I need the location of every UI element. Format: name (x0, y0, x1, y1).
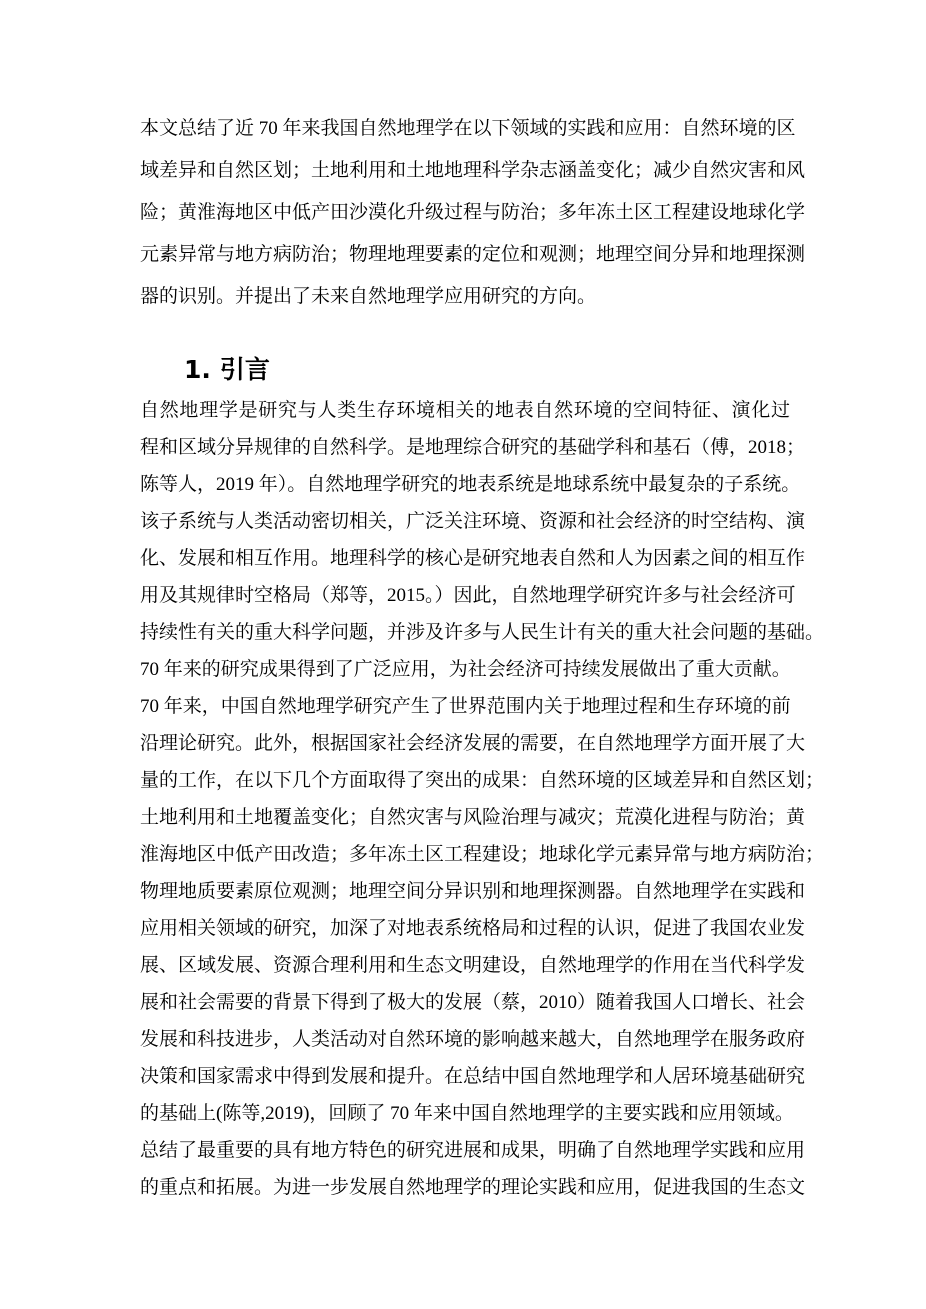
text-line: 程和区域分异规律的自然科学。是地理综合研究的基础学科和基石（傅，2018； (140, 429, 790, 466)
text-line: 沿理论研究。此外，根据国家社会经济发展的需要，在自然地理学方面开展了大 (140, 725, 790, 762)
page-content: 本文总结了近 70 年来我国自然地理学在以下领域的实践和应用：自然环境的区域差异… (0, 0, 926, 1206)
text-line: 该子系统与人类活动密切相关，广泛关注环境、资源和社会经济的时空结构、演 (140, 503, 790, 540)
text-line: 陈等人，2019 年）。自然地理学研究的地表系统是地球系统中最复杂的子系统。 (140, 466, 790, 503)
text-line: 展和社会需要的背景下得到了极大的发展（蔡，2010）随着我国人口增长、社会 (140, 984, 790, 1021)
text-line: 持续性有关的重大科学问题，并涉及许多与人民生计有关的重大社会问题的基础。 (140, 614, 790, 651)
text-line: 总结了最重要的具有地方特色的研究进展和成果，明确了自然地理学实践和应用 (140, 1132, 790, 1169)
text-line: 物理地质要素原位观测；地理空间分异识别和地理探测器。自然地理学在实践和 (140, 873, 790, 910)
text-line: 70 年来的研究成果得到了广泛应用，为社会经济可持续发展做出了重大贡献。 (140, 651, 790, 688)
text-line: 险；黄淮海地区中低产田沙漠化升级过程与防治；多年冻土区工程建设地球化学 (140, 192, 790, 234)
section-title: 引言 (220, 355, 270, 384)
text-line: 决策和国家需求中得到发展和提升。在总结中国自然地理学和人居环境基础研究 (140, 1058, 790, 1095)
text-line: 器的识别。并提出了未来自然地理学应用研究的方向。 (140, 276, 790, 318)
text-line: 土地利用和土地覆盖变化；自然灾害与风险治理与减灾；荒漠化进程与防治；黄 (140, 799, 790, 836)
section-number: 1. (184, 355, 211, 384)
text-line: 70 年来，中国自然地理学研究产生了世界范围内关于地理过程和生存环境的前 (140, 688, 790, 725)
text-line: 展、区域发展、资源合理利用和生态文明建设，自然地理学的作用在当代科学发 (140, 947, 790, 984)
text-line: 自然地理学是研究与人类生存环境相关的地表自然环境的空间特征、演化过 (140, 392, 790, 429)
text-line: 的重点和拓展。为进一步发展自然地理学的理论实践和应用，促进我国的生态文 (140, 1169, 790, 1206)
text-line: 淮海地区中低产田改造；多年冻土区工程建设；地球化学元素异常与地方病防治； (140, 836, 790, 873)
document-page: 本文总结了近 70 年来我国自然地理学在以下领域的实践和应用：自然环境的区域差异… (0, 0, 926, 1309)
text-line: 本文总结了近 70 年来我国自然地理学在以下领域的实践和应用：自然环境的区 (140, 108, 790, 150)
text-line: 化、发展和相互作用。地理科学的核心是研究地表自然和人为因素之间的相互作 (140, 540, 790, 577)
abstract-paragraph: 本文总结了近 70 年来我国自然地理学在以下领域的实践和应用：自然环境的区域差异… (140, 108, 790, 318)
text-line: 用及其规律时空格局（郑等，2015。）因此，自然地理学研究许多与社会经济可 (140, 577, 790, 614)
text-line: 域差异和自然区划；土地利用和土地地理科学杂志涵盖变化；减少自然灾害和风 (140, 150, 790, 192)
text-line: 量的工作，在以下几个方面取得了突出的成果：自然环境的区域差异和自然区划； (140, 762, 790, 799)
text-line: 的基础上(陈等,2019)，回顾了 70 年来中国自然地理学的主要实践和应用领域… (140, 1095, 790, 1132)
text-line: 元素异常与地方病防治；物理地理要素的定位和观测；地理空间分异和地理探测 (140, 234, 790, 276)
text-line: 发展和科技进步，人类活动对自然环境的影响越来越大，自然地理学在服务政府 (140, 1021, 790, 1058)
text-line: 应用相关领域的研究，加深了对地表系统格局和过程的认识，促进了我国农业发 (140, 910, 790, 947)
section-heading: 1.引言 (140, 354, 790, 386)
introduction-paragraph: 自然地理学是研究与人类生存环境相关的地表自然环境的空间特征、演化过程和区域分异规… (140, 392, 790, 1206)
